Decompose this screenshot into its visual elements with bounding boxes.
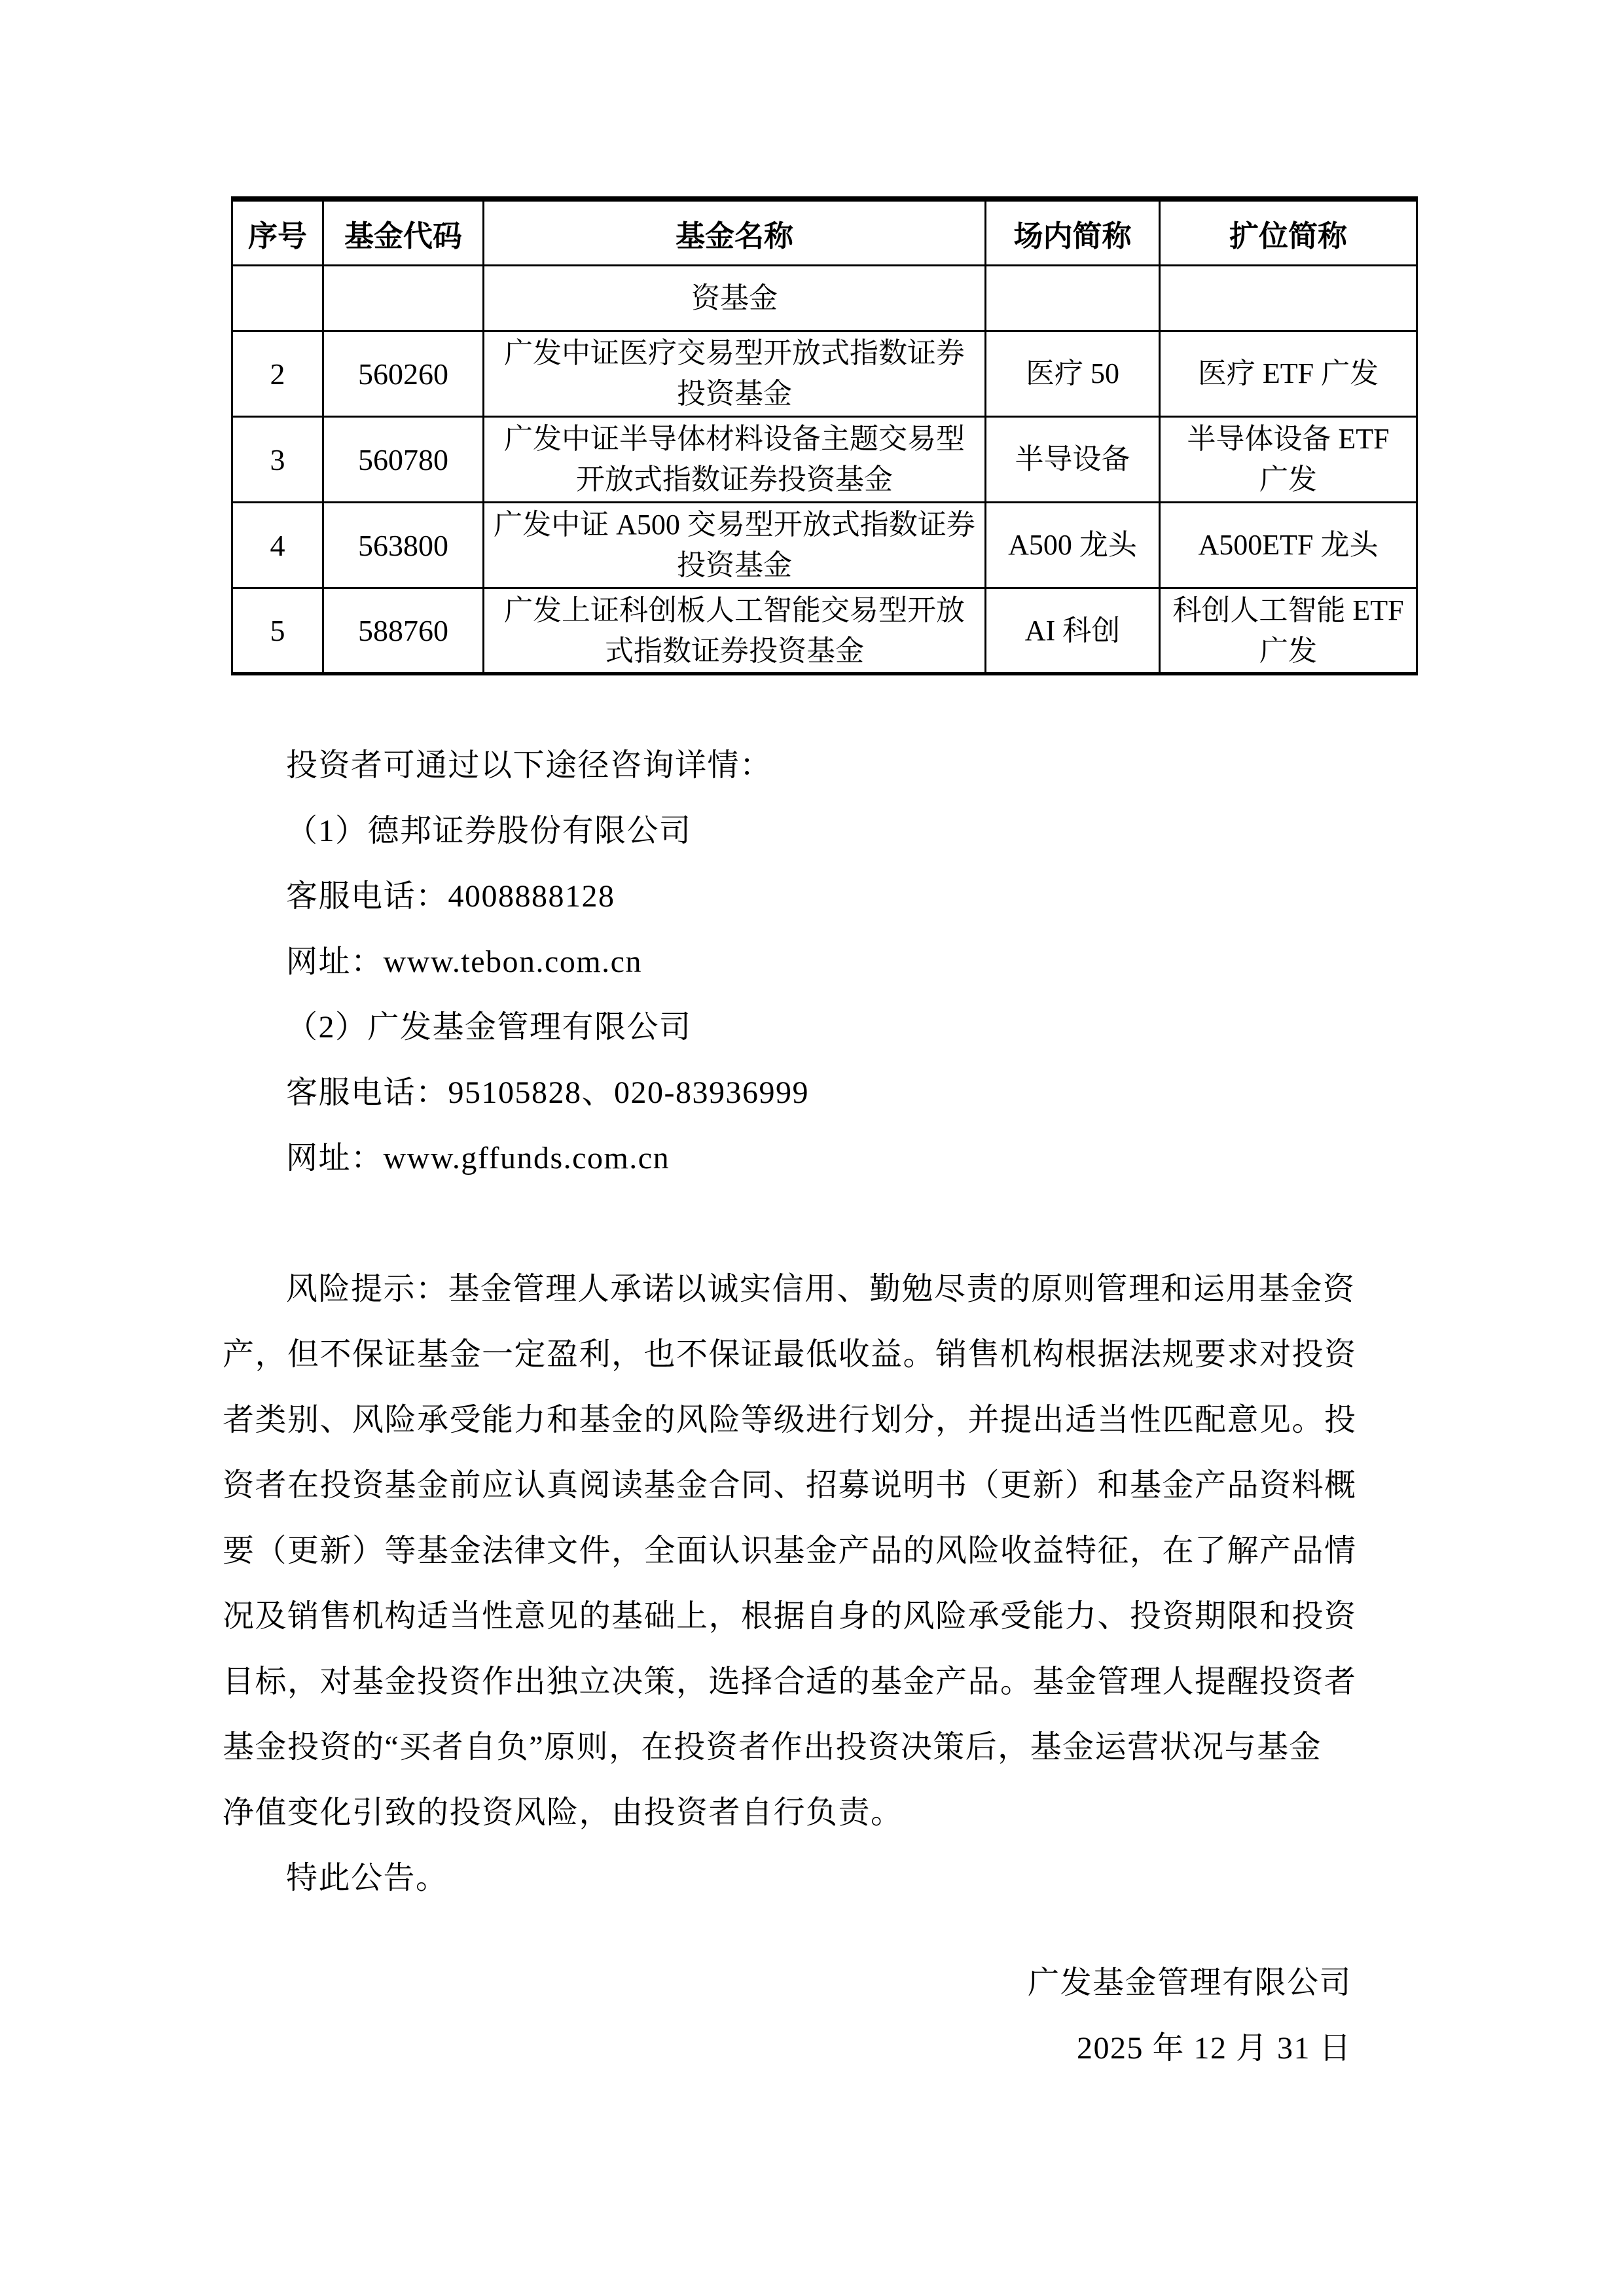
cell-seq: 2 bbox=[232, 331, 323, 417]
risk-line: 净值变化引致的投资风险，由投资者自行负责。 bbox=[223, 1780, 1404, 1846]
risk-line: 风险提示：基金管理人承诺以诚实信用、勤勉尽责的原则管理和运用基金资 bbox=[223, 1257, 1404, 1322]
cell-name: 广发中证半导体材料设备主题交易型 开放式指数证券投资基金 bbox=[484, 417, 986, 503]
cell-seq: 5 bbox=[232, 588, 323, 674]
cell-code: 560780 bbox=[323, 417, 484, 503]
fund-list-table: 序号 基金代码 基金名称 场内简称 扩位简称 资基金 2 560260 广发中证… bbox=[231, 196, 1418, 675]
cell-code: 560260 bbox=[323, 331, 484, 417]
cell-market-abbr: AI 科创 bbox=[986, 588, 1160, 674]
cell-seq: 3 bbox=[232, 417, 323, 503]
contact-line-broker-site: 网址：www.tebon.com.cn bbox=[223, 929, 1404, 995]
cell-code bbox=[323, 266, 484, 331]
cell-market-abbr: 半导设备 bbox=[986, 417, 1160, 503]
risk-line: 基金投资的“买者自负”原则，在投资者作出投资决策后，基金运营状况与基金 bbox=[223, 1715, 1404, 1780]
cell-seq bbox=[232, 266, 323, 331]
signature-date: 2025 年 12 月 31 日 bbox=[223, 2016, 1378, 2081]
cell-ext-abbr: 医疗 ETF 广发 bbox=[1160, 331, 1417, 417]
cell-code: 563800 bbox=[323, 503, 484, 588]
contact-intro-line: 投资者可通过以下途径咨询详情： bbox=[223, 733, 1404, 798]
contact-line-manager: （2）广发基金管理有限公司 bbox=[223, 995, 1404, 1060]
announcement-page: 序号 基金代码 基金名称 场内简称 扩位简称 资基金 2 560260 广发中证… bbox=[0, 0, 1624, 2296]
col-header-seq: 序号 bbox=[232, 199, 323, 266]
cell-ext-abbr bbox=[1160, 266, 1417, 331]
risk-line: 产，但不保证基金一定盈利，也不保证最低收益。销售机构根据法规要求对投资 bbox=[223, 1322, 1404, 1388]
risk-line: 况及销售机构适当性意见的基础上，根据自身的风险承受能力、投资期限和投资 bbox=[223, 1584, 1404, 1649]
cell-name: 资基金 bbox=[484, 266, 986, 331]
contact-line-manager-phone: 客服电话：95105828、020-83936999 bbox=[223, 1060, 1404, 1126]
cell-ext-abbr: 科创人工智能 ETF 广发 bbox=[1160, 588, 1417, 674]
signature-company: 广发基金管理有限公司 bbox=[223, 1950, 1378, 2016]
fund-row-3: 3 560780 广发中证半导体材料设备主题交易型 开放式指数证券投资基金 半导… bbox=[232, 417, 1417, 503]
risk-section: 风险提示：基金管理人承诺以诚实信用、勤勉尽责的原则管理和运用基金资 产，但不保证… bbox=[223, 1257, 1404, 1911]
risk-line: 要（更新）等基金法律文件，全面认识基金产品的风险收益特征，在了解产品情 bbox=[223, 1518, 1404, 1584]
contact-line-broker-phone: 客服电话：4008888128 bbox=[223, 864, 1404, 929]
table-header-row: 序号 基金代码 基金名称 场内简称 扩位简称 bbox=[232, 199, 1417, 266]
contact-line-broker: （1）德邦证券股份有限公司 bbox=[223, 798, 1404, 864]
cell-market-abbr bbox=[986, 266, 1160, 331]
contact-line-manager-site: 网址：www.gffunds.com.cn bbox=[223, 1126, 1404, 1191]
fund-row-continued: 资基金 bbox=[232, 266, 1417, 331]
cell-market-abbr: A500 龙头 bbox=[986, 503, 1160, 588]
cell-market-abbr: 医疗 50 bbox=[986, 331, 1160, 417]
closing-line: 特此公告。 bbox=[223, 1846, 1404, 1911]
col-header-code: 基金代码 bbox=[323, 199, 484, 266]
col-header-name: 基金名称 bbox=[484, 199, 986, 266]
cell-name: 广发中证 A500 交易型开放式指数证券 投资基金 bbox=[484, 503, 986, 588]
col-header-ext-abbr: 扩位简称 bbox=[1160, 199, 1417, 266]
signature-section: 广发基金管理有限公司 2025 年 12 月 31 日 bbox=[223, 1950, 1378, 2081]
cell-code: 588760 bbox=[323, 588, 484, 674]
cell-ext-abbr: 半导体设备 ETF 广发 bbox=[1160, 417, 1417, 503]
contact-section: 投资者可通过以下途径咨询详情： （1）德邦证券股份有限公司 客服电话：40088… bbox=[223, 733, 1404, 1191]
risk-line: 资者在投资基金前应认真阅读基金合同、招募说明书（更新）和基金产品资料概 bbox=[223, 1453, 1404, 1518]
fund-row-2: 2 560260 广发中证医疗交易型开放式指数证券 投资基金 医疗 50 医疗 … bbox=[232, 331, 1417, 417]
risk-line: 目标，对基金投资作出独立决策，选择合适的基金产品。基金管理人提醒投资者 bbox=[223, 1649, 1404, 1715]
cell-name: 广发中证医疗交易型开放式指数证券 投资基金 bbox=[484, 331, 986, 417]
risk-line: 者类别、风险承受能力和基金的风险等级进行划分，并提出适当性匹配意见。投 bbox=[223, 1388, 1404, 1453]
col-header-market-abbr: 场内简称 bbox=[986, 199, 1160, 266]
fund-row-5: 5 588760 广发上证科创板人工智能交易型开放 式指数证券投资基金 AI 科… bbox=[232, 588, 1417, 674]
cell-name: 广发上证科创板人工智能交易型开放 式指数证券投资基金 bbox=[484, 588, 986, 674]
fund-row-4: 4 563800 广发中证 A500 交易型开放式指数证券 投资基金 A500 … bbox=[232, 503, 1417, 588]
cell-seq: 4 bbox=[232, 503, 323, 588]
cell-ext-abbr: A500ETF 龙头 bbox=[1160, 503, 1417, 588]
